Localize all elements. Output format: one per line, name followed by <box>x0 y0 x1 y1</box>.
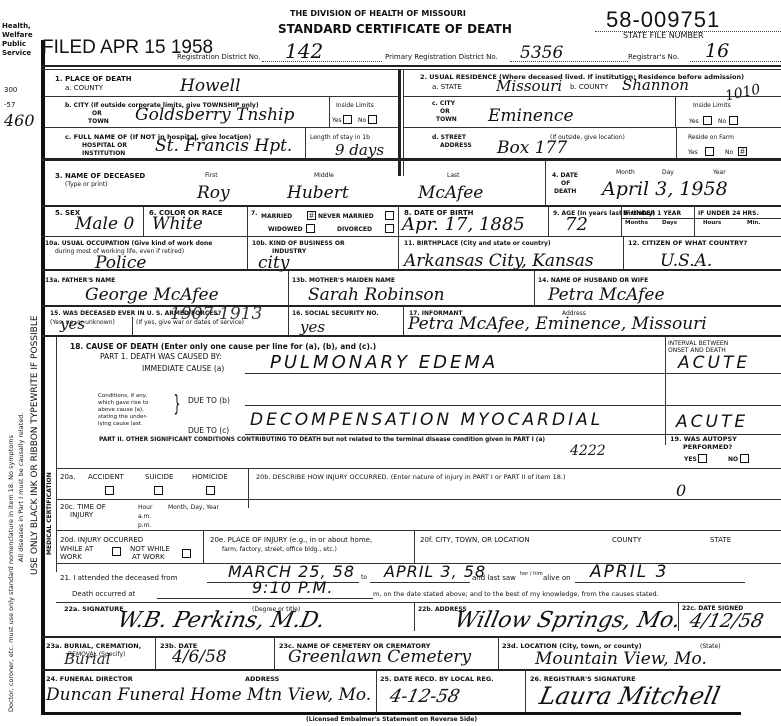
death-time-value: 9:10 P.M. <box>252 578 333 597</box>
hospital-value: St. Francis Hpt. <box>155 137 292 155</box>
margin-dept-text: Health, Welfare Public Service <box>2 22 33 58</box>
describe-injury-value: 0 <box>676 482 686 500</box>
primary-district-value: 5356 <box>520 44 563 62</box>
interval-c-value: ACUTE <box>676 412 748 432</box>
part-two-label: PART II. OTHER SIGNIFICANT CONDITIONS CO… <box>99 437 545 443</box>
deceased-last-name: McAfee <box>418 184 483 202</box>
date-of-death-value: April 3, 1958 <box>602 180 728 198</box>
reside-on-farm-no-checkbox[interactable]: # <box>738 147 747 156</box>
homicide-checkbox[interactable] <box>206 486 215 495</box>
pod-county-value: Howell <box>180 77 241 95</box>
length-of-stay-value: 9 days <box>335 141 384 159</box>
immediate-cause-value: PULMONARY EDEMA <box>270 352 498 373</box>
pod-inside-limits-yes-checkbox[interactable] <box>343 115 352 124</box>
attended-to-value: APRIL 3, 58 <box>384 562 486 581</box>
state-file-label: STATE FILE NUMBER <box>623 32 704 40</box>
place-of-death-label: 1. PLACE OF DEATH <box>55 75 132 83</box>
margin-handwritten-note: 460 <box>4 112 35 130</box>
date-of-birth-value: Apr. 17, 1885 <box>402 216 525 234</box>
cause-of-death-label: 18. CAUSE OF DEATH (Enter only one cause… <box>70 342 376 351</box>
burial-location-value: Mountain View, Mo. <box>535 650 707 668</box>
form-title: STANDARD CERTIFICATE OF DEATH <box>278 22 512 36</box>
usual-residence-label: 2. USUAL RESIDENCE (Where deceased lived… <box>420 74 744 81</box>
residence-state-value: Missouri <box>496 77 562 95</box>
interval-a-value: ACUTE <box>678 353 750 373</box>
married-checkbox[interactable]: # <box>307 211 316 220</box>
mother-name-value: Sarah Robinson <box>308 286 445 304</box>
race-value: White <box>152 215 203 233</box>
armed-forces-value: yes <box>60 315 85 333</box>
autopsy-no-checkbox[interactable] <box>740 454 749 463</box>
reside-on-farm-yes-checkbox[interactable] <box>705 147 714 156</box>
registration-district-label: Registration District No. <box>177 54 260 61</box>
deceased-middle-name: Hubert <box>287 184 349 202</box>
residence-inside-limits-no-checkbox[interactable] <box>729 116 738 125</box>
margin-instruction-1: Doctor, coroner, etc. must use only stan… <box>8 435 15 712</box>
form-bottom-border <box>41 712 741 715</box>
date-received-value: 4-12-58 <box>388 686 462 707</box>
margin-code-2: -57 <box>4 101 15 110</box>
agency-name: THE DIVISION OF HEALTH OF MISSOURI <box>290 10 466 18</box>
registration-district-value: 142 <box>285 42 323 60</box>
not-while-at-work-checkbox[interactable] <box>182 549 191 558</box>
service-dates-value: 1907-1913 <box>170 305 262 323</box>
registrars-no-value: 16 <box>705 42 729 60</box>
registrar-signature: Laura Mitchell <box>537 682 722 710</box>
accident-checkbox[interactable] <box>105 486 114 495</box>
sex-value: Male 0 <box>75 215 134 233</box>
residence-street-value: Box 177 <box>497 139 567 157</box>
while-at-work-checkbox[interactable] <box>112 547 121 556</box>
conditions-note: Conditions, if any, which gave rise to a… <box>98 393 148 428</box>
pod-inside-limits-no-checkbox[interactable] <box>368 115 377 124</box>
pod-county-label: a. COUNTY <box>65 85 103 92</box>
footer-note: (Licensed Embalmer's Statement on Revers… <box>306 716 477 723</box>
state-file-number: 58-009751 <box>606 7 720 33</box>
medical-certification-label: MEDICAL CERTIFICATION <box>46 472 53 555</box>
margin-instruction-2: All diseases in Part I must be causally … <box>18 413 25 562</box>
medical-section-divider <box>56 335 57 572</box>
informant-value: Petra McAfee, Eminence, Missouri <box>408 315 707 333</box>
attestation-statement: m, on the date stated above; and to the … <box>373 590 659 598</box>
margin-ink-instruction: USE ONLY BLACK INK OR RIBBON TYPEWRITE I… <box>30 315 40 575</box>
date-signed-value: 4/12/58 <box>688 610 766 632</box>
widowed-checkbox[interactable] <box>306 224 315 233</box>
funeral-director-value: Duncan Funeral Home Mtn View, Mo. <box>46 686 371 704</box>
cemetery-value: Greenlawn Cemetery <box>288 648 471 666</box>
length-of-stay-label: Length of stay in 1b <box>310 134 370 141</box>
last-saw-value: APRIL 3 <box>590 562 668 582</box>
primary-district-label: Primary Registration District No. <box>385 54 498 61</box>
father-name-value: George McAfee <box>85 286 219 304</box>
spouse-name-value: Petra McAfee <box>548 286 665 304</box>
describe-injury-label: 20b. DESCRIBE HOW INJURY OCCURRED. (Ente… <box>256 474 565 481</box>
registrars-no-label: Registrar's No. <box>628 54 679 61</box>
citizen-value: U.S.A. <box>660 252 712 270</box>
divorced-checkbox[interactable] <box>385 224 394 233</box>
ssn-value: yes <box>300 318 325 336</box>
physician-address: Willow Springs, Mo. <box>452 608 682 633</box>
pod-city-value: Goldsberry Tnship <box>135 106 294 124</box>
birthplace-value: Arkansas City, Kansas <box>404 252 594 270</box>
part-two-code: 4222 <box>570 442 606 460</box>
suicide-checkbox[interactable] <box>154 486 163 495</box>
residence-city-value: Eminence <box>488 107 574 125</box>
residence-inside-limits-yes-checkbox[interactable] <box>703 116 712 125</box>
residence-county-value: Shannon <box>622 76 689 94</box>
due-to-c-value: DECOMPENSATION MYOCARDIAL <box>250 410 603 430</box>
physician-signature: W.B. Perkins, M.D. <box>115 608 327 633</box>
deceased-first-name: Roy <box>197 184 230 202</box>
age-value: 72 <box>565 216 588 234</box>
burial-type-value: Burial <box>64 650 110 668</box>
autopsy-yes-checkbox[interactable] <box>698 454 707 463</box>
form-left-border <box>41 40 45 712</box>
never-married-checkbox[interactable] <box>385 211 394 220</box>
burial-date-value: 4/6/58 <box>172 648 227 666</box>
margin-code-1: 300 <box>4 86 17 95</box>
brace: } <box>174 392 181 417</box>
deceased-name-label: 3. NAME OF DECEASED <box>55 172 145 180</box>
